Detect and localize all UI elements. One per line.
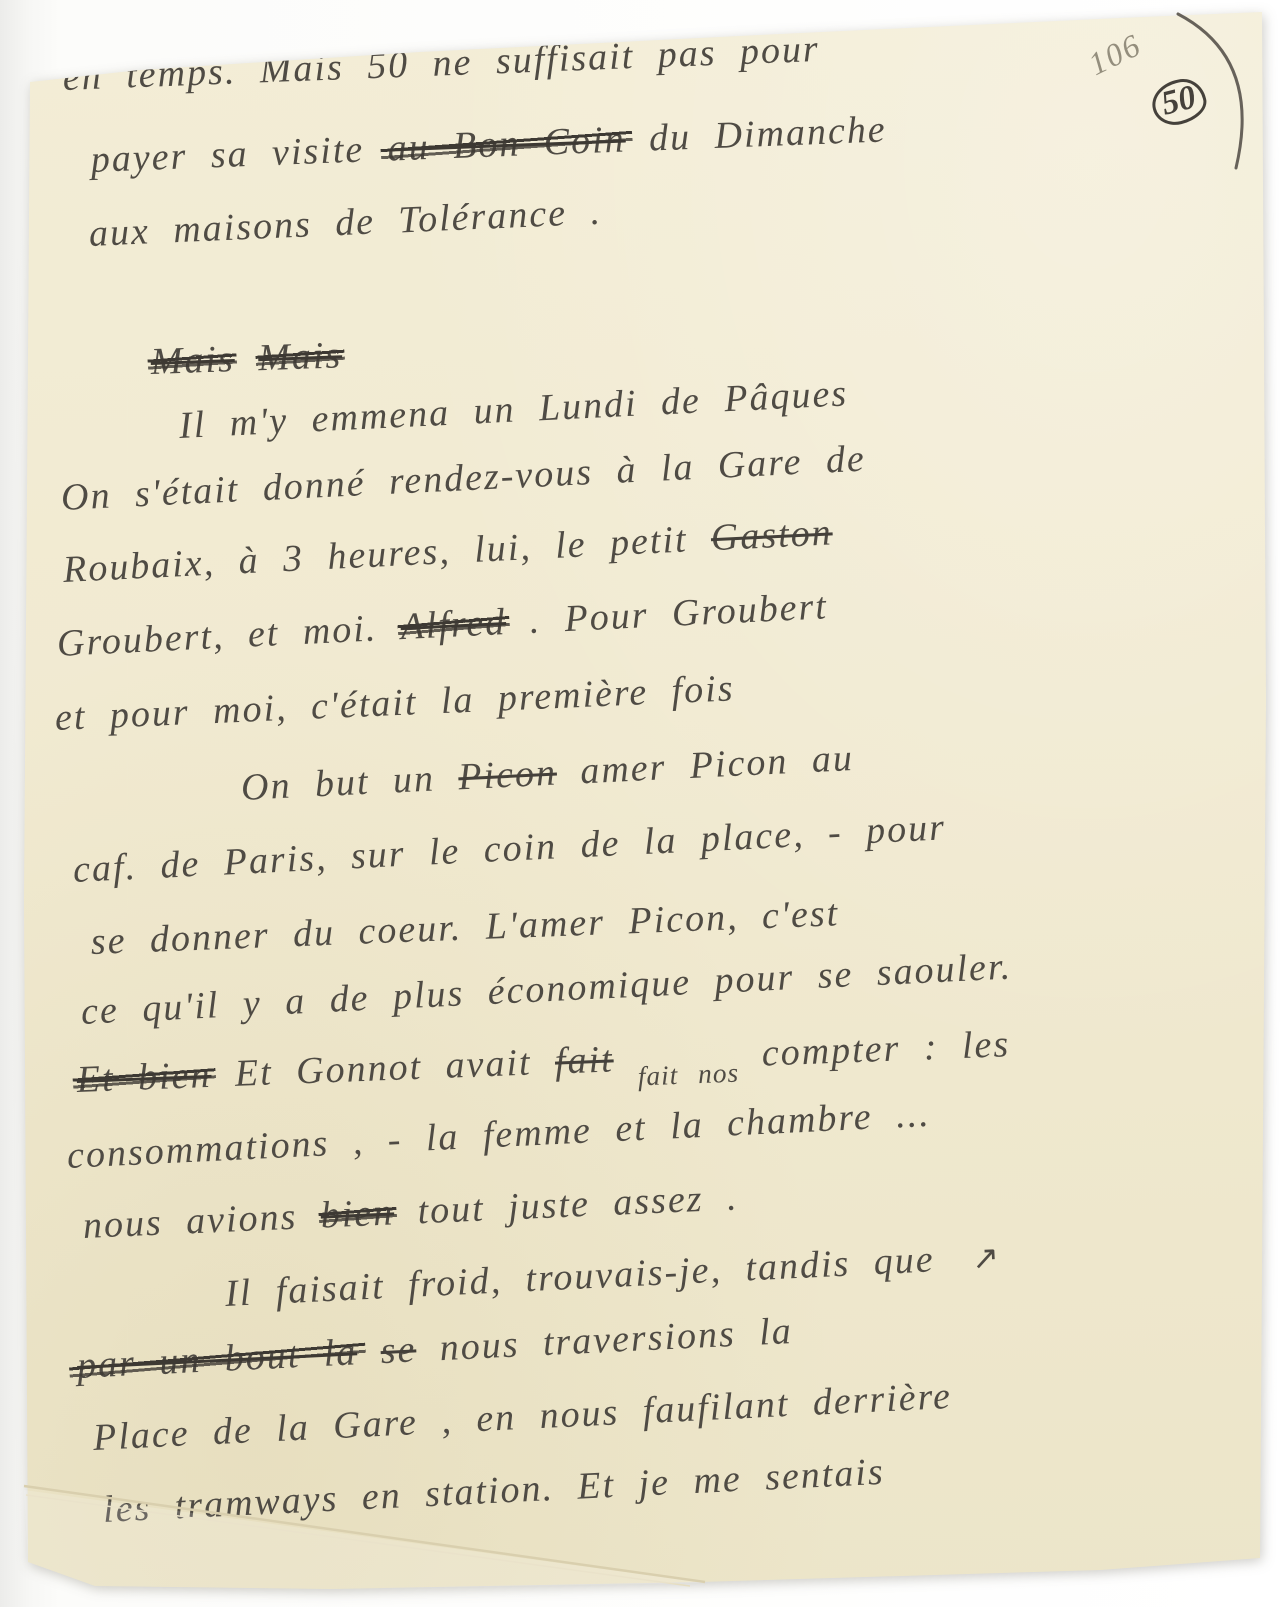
manuscript-line: payer sa visite au Bon Coin du Dimanche <box>90 107 887 182</box>
handwritten-text: . Pour Groubert <box>529 585 829 642</box>
paper: en temps. Mais 50 ne suffisait pas pour … <box>0 0 1280 1607</box>
manuscript-line: caf. de Paris, sur le coin de la place, … <box>72 805 947 892</box>
handwritten-text: du Dimanche <box>648 108 887 159</box>
manuscript-line: Groubert, et moi. Alfred . Pour Groubert <box>56 584 829 666</box>
manuscript-line: nous avions bien tout juste assez . <box>82 1175 739 1248</box>
crossed-out-word: fait <box>554 1038 614 1082</box>
handwritten-text: nous avions <box>82 1196 298 1247</box>
handwritten-text: en temps. Mais 50 ne suffisait pas pour <box>62 28 820 99</box>
crossed-out-word: par un bout la <box>76 1331 358 1387</box>
manuscript-line: Roubaix, à 3 heures, lui, le petit Gasto… <box>62 510 834 592</box>
crossed-out-word: se <box>380 1328 418 1372</box>
handwritten-text: Roubaix, à 3 heures, lui, le petit <box>62 518 688 590</box>
manuscript-line: Il m'y emmena un Lundi de Pâques <box>178 371 849 448</box>
crossed-out-word: Mais <box>150 338 235 383</box>
handwritten-text: Il faisait froid, trouvais-je, tandis qu… <box>224 1238 935 1315</box>
handwritten-text: consommations , - la femme et la chambre… <box>66 1093 931 1177</box>
manuscript-line: Et bien Et Gonnot avait fait fait nos co… <box>76 1022 1011 1102</box>
handwritten-text: se donner du coeur. L'amer Picon, c'est <box>90 892 840 963</box>
handwritten-text: payer sa visite <box>90 128 365 180</box>
paper-wrapper: en temps. Mais 50 ne suffisait pas pour … <box>0 0 1280 1607</box>
manuscript-line: On s'était donné rendez-vous à la Gare d… <box>60 437 867 520</box>
crossed-out-word: Gaston <box>710 511 834 559</box>
crossed-out-word: Picon <box>457 752 558 799</box>
handwritten-text: aux maisons de Tolérance . <box>88 191 603 255</box>
manuscript-line: les tramways en station. Et je me sentai… <box>102 1450 886 1532</box>
handwritten-text: amer Picon au <box>579 737 854 792</box>
handwritten-text: Groubert, et moi. <box>56 607 378 665</box>
inserted-word: fait nos <box>637 1058 739 1093</box>
handwritten-text: Place de la Gare , en nous faufilant der… <box>92 1375 953 1459</box>
handwritten-text: On s'était donné rendez-vous à la Gare d… <box>60 438 867 519</box>
manuscript-line: et pour moi, c'était la première fois <box>54 666 735 740</box>
handwritten-text: caf. de Paris, sur le coin de la place, … <box>72 806 947 891</box>
crossed-out-word: bien <box>320 1191 395 1236</box>
manuscript-line: consommations , - la femme et la chambre… <box>66 1092 931 1178</box>
margin-arrow: ↗ <box>971 1239 1002 1276</box>
manuscript-line: par un bout la se nous traversions la <box>76 1309 794 1388</box>
handwritten-text: On but un <box>240 758 436 809</box>
crossed-out-word: au Bon Coin <box>387 118 627 169</box>
crossed-out-word: Mais <box>257 334 342 379</box>
handwritten-text: Il m'y emmena un Lundi de Pâques <box>178 372 849 447</box>
crossed-out-word: Alfred <box>400 601 508 648</box>
crossed-out-word: Et bien <box>76 1054 212 1101</box>
handwritten-text: les tramways en station. Et je me sentai… <box>102 1451 886 1531</box>
handwritten-text: compter : les <box>761 1023 1011 1075</box>
manuscript-line: Mais Mais <box>150 333 343 384</box>
manuscript-line: Il faisait froid, trouvais-je, tandis qu… <box>224 1234 1002 1316</box>
handwritten-text: Et Gonnot avait <box>234 1042 532 1095</box>
manuscript-line: se donner du coeur. L'amer Picon, c'est <box>90 891 840 964</box>
handwritten-text: et pour moi, c'était la première fois <box>54 667 735 739</box>
manuscript-line: aux maisons de Tolérance . <box>88 190 603 256</box>
manuscript-line: en temps. Mais 50 ne suffisait pas pour <box>62 27 820 100</box>
handwritten-text: nous traversions la <box>439 1310 794 1369</box>
manuscript-line: On but un Picon amer Picon au <box>240 736 855 810</box>
manuscript-line: Place de la Gare , en nous faufilant der… <box>92 1374 953 1460</box>
handwritten-text: tout juste assez . <box>417 1176 740 1232</box>
